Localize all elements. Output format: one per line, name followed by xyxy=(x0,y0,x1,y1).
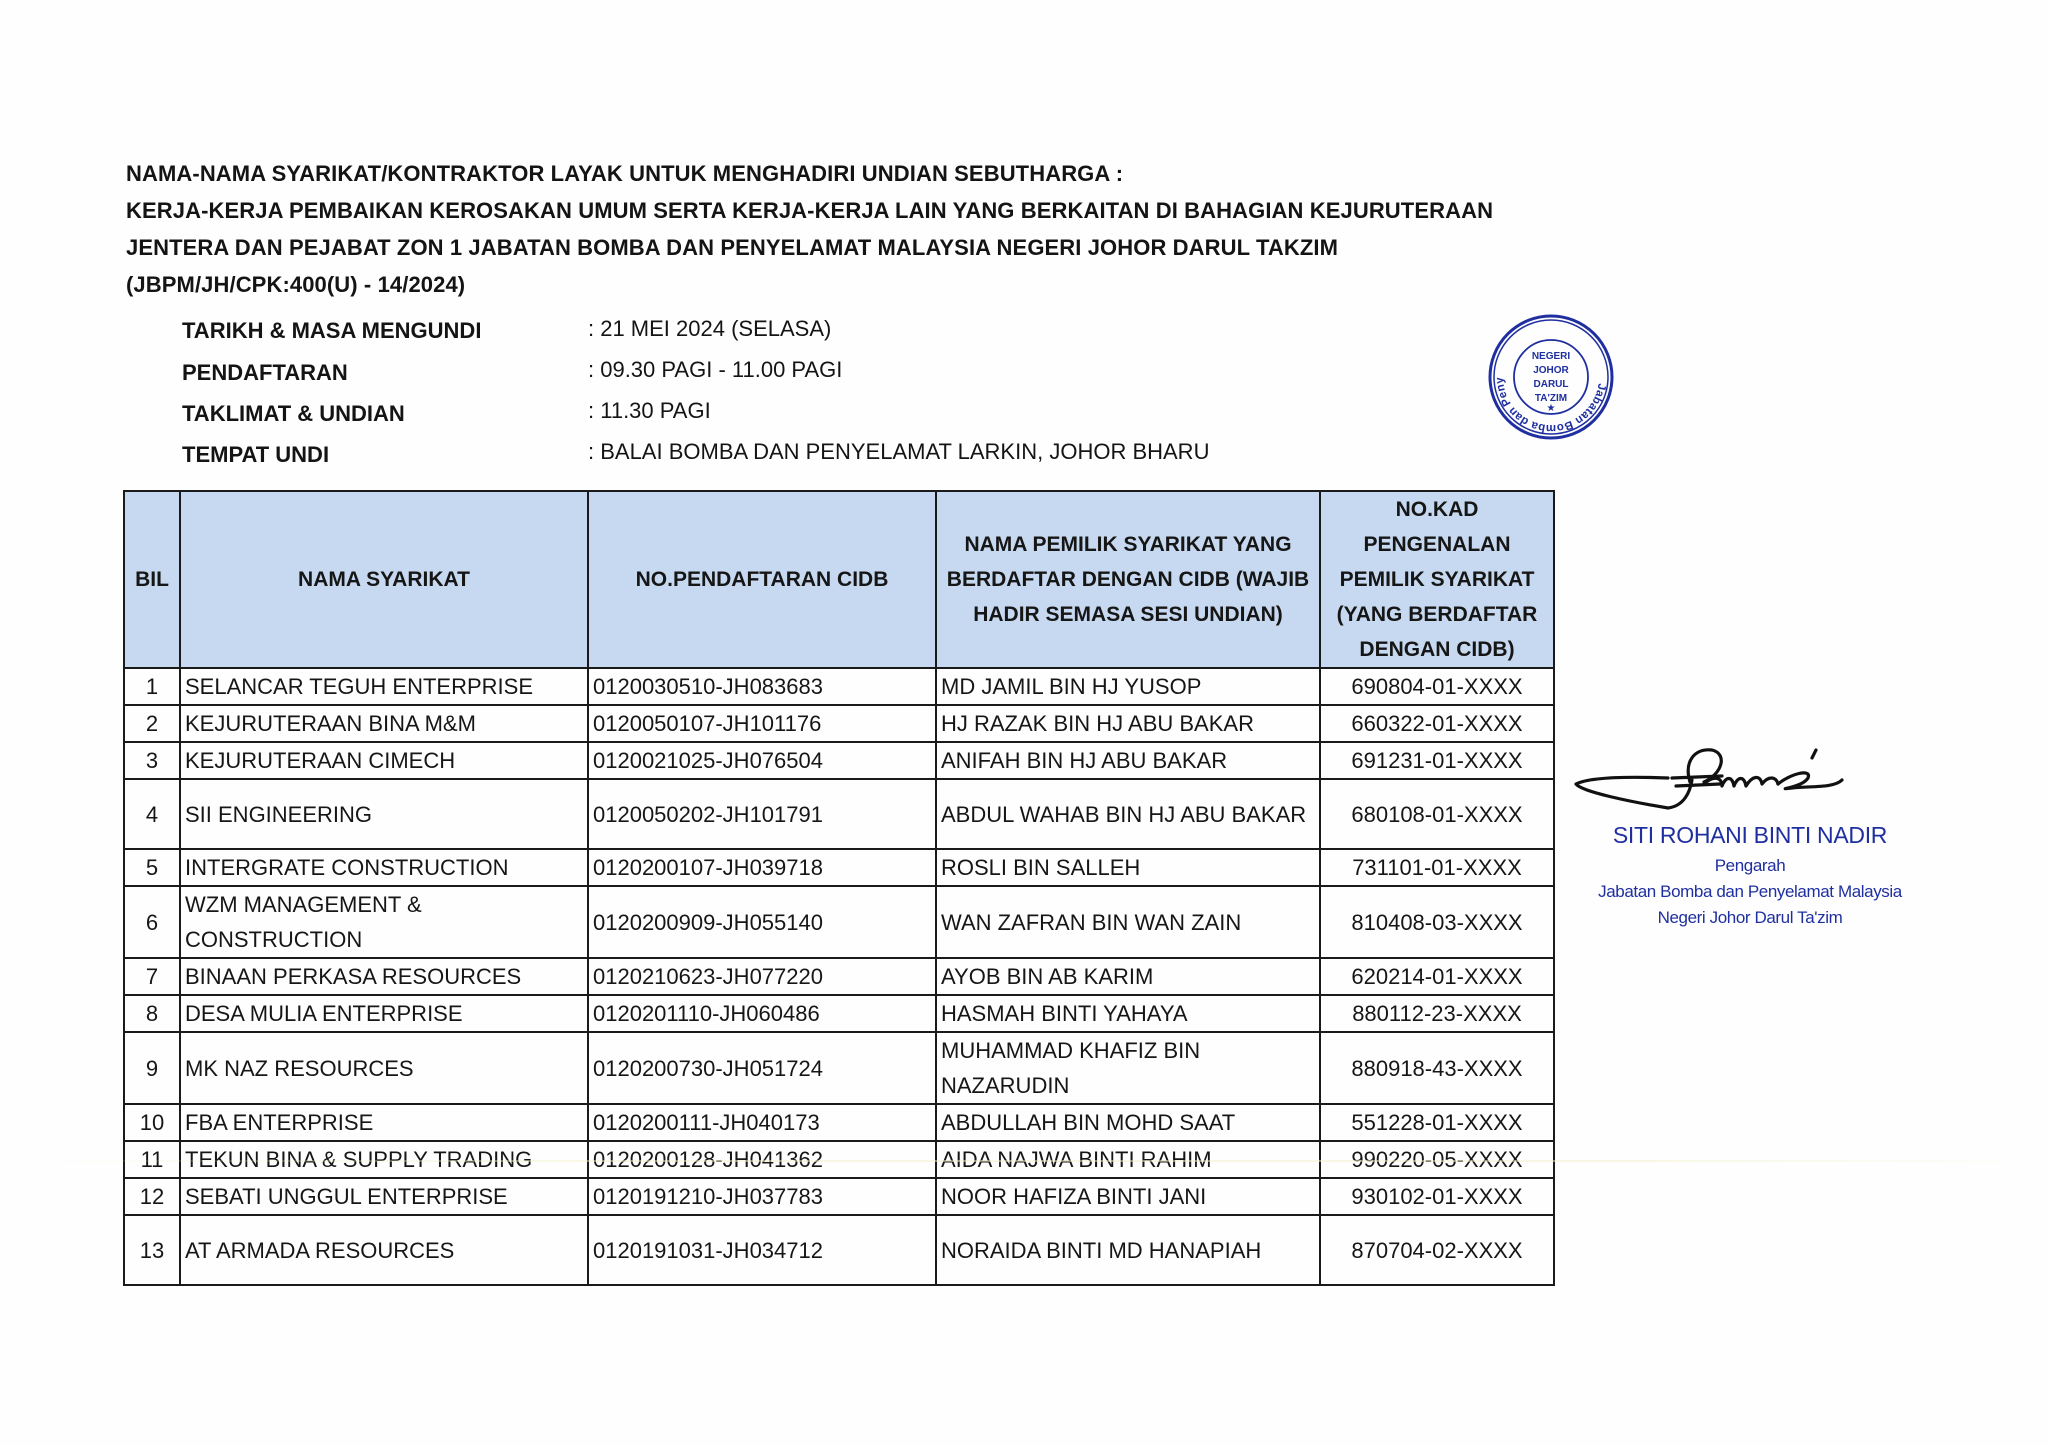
ic-number-cell: 880918-43-XXXX xyxy=(1320,1032,1554,1104)
row-number: 7 xyxy=(124,958,180,995)
row-number: 5 xyxy=(124,849,180,886)
row-number: 8 xyxy=(124,995,180,1032)
cidb-registration-cell: 0120030510-JH083683 xyxy=(588,668,936,705)
company-name-cell: SII ENGINEERING xyxy=(180,779,588,849)
cidb-registration-cell: 0120191210-JH037783 xyxy=(588,1178,936,1215)
row-number: 6 xyxy=(124,886,180,958)
document-heading: NAMA-NAMA SYARIKAT/KONTRAKTOR LAYAK UNTU… xyxy=(126,161,1123,187)
company-name-cell: KEJURUTERAAN CIMECH xyxy=(180,742,588,779)
table-row: 4SII ENGINEERING0120050202-JH101791ABDUL… xyxy=(124,779,1554,849)
owner-name-cell: NOOR HAFIZA BINTI JANI xyxy=(936,1178,1320,1215)
cidb-registration-cell: 0120191031-JH034712 xyxy=(588,1215,936,1285)
table-row: 6WZM MANAGEMENT & CONSTRUCTION0120200909… xyxy=(124,886,1554,958)
cidb-registration-cell: 0120200730-JH051724 xyxy=(588,1032,936,1104)
cidb-registration-cell: 0120050107-JH101176 xyxy=(588,705,936,742)
svg-text:DARUL: DARUL xyxy=(1534,379,1569,390)
ic-number-cell: 620214-01-XXXX xyxy=(1320,958,1554,995)
reference-number: (JBPM/JH/CPK:400(U) - 14/2024) xyxy=(126,272,465,298)
signatory-department: Jabatan Bomba dan Penyelamat Malaysia xyxy=(1520,882,1980,902)
table-row: 9MK NAZ RESOURCES0120200730-JH051724MUHA… xyxy=(124,1032,1554,1104)
info-label-venue: TEMPAT UNDI xyxy=(182,442,329,468)
info-label-registration: PENDAFTARAN xyxy=(182,360,348,386)
signature-icon xyxy=(1572,740,1872,820)
ic-number-cell: 690804-01-XXXX xyxy=(1320,668,1554,705)
project-title-line-2: JENTERA DAN PEJABAT ZON 1 JABATAN BOMBA … xyxy=(126,235,1338,261)
ic-number-cell: 810408-03-XXXX xyxy=(1320,886,1554,958)
company-name-cell: BINAAN PERKASA RESOURCES xyxy=(180,958,588,995)
info-value-registration: : 09.30 PAGI - 11.00 PAGI xyxy=(588,357,842,383)
company-name-cell: WZM MANAGEMENT & CONSTRUCTION xyxy=(180,886,588,958)
owner-name-cell: ROSLI BIN SALLEH xyxy=(936,849,1320,886)
ic-number-cell: 660322-01-XXXX xyxy=(1320,705,1554,742)
cidb-registration-cell: 0120050202-JH101791 xyxy=(588,779,936,849)
row-number: 12 xyxy=(124,1178,180,1215)
company-name-cell: FBA ENTERPRISE xyxy=(180,1104,588,1141)
signatory-name: SITI ROHANI BINTI NADIR xyxy=(1560,822,1940,849)
table-row: 8DESA MULIA ENTERPRISE0120201110-JH06048… xyxy=(124,995,1554,1032)
table-row: 10FBA ENTERPRISE0120200111-JH040173ABDUL… xyxy=(124,1104,1554,1141)
table-row: 2KEJURUTERAAN BINA M&M0120050107-JH10117… xyxy=(124,705,1554,742)
column-header-owner-name: NAMA PEMILIK SYARIKAT YANG BERDAFTAR DEN… xyxy=(936,491,1320,668)
ic-number-cell: 691231-01-XXXX xyxy=(1320,742,1554,779)
row-number: 10 xyxy=(124,1104,180,1141)
row-number: 1 xyxy=(124,668,180,705)
table-row: 13AT ARMADA RESOURCES0120191031-JH034712… xyxy=(124,1215,1554,1285)
row-number: 4 xyxy=(124,779,180,849)
owner-name-cell: MD JAMIL BIN HJ YUSOP xyxy=(936,668,1320,705)
cidb-registration-cell: 0120201110-JH060486 xyxy=(588,995,936,1032)
owner-name-cell: ABDUL WAHAB BIN HJ ABU BAKAR xyxy=(936,779,1320,849)
project-title-line-1: KERJA-KERJA PEMBAIKAN KEROSAKAN UMUM SER… xyxy=(126,198,1493,224)
cidb-registration-cell: 0120210623-JH077220 xyxy=(588,958,936,995)
svg-text:NEGERI: NEGERI xyxy=(1532,351,1571,362)
owner-name-cell: ANIFAH BIN HJ ABU BAKAR xyxy=(936,742,1320,779)
svg-text:★: ★ xyxy=(1547,403,1556,414)
table-row: 12SEBATI UNGGUL ENTERPRISE0120191210-JH0… xyxy=(124,1178,1554,1215)
official-stamp-icon: Jabatan Bomba dan Penyelamat Malaysia ★ … xyxy=(1487,313,1615,441)
row-number: 3 xyxy=(124,742,180,779)
signatory-state: Negeri Johor Darul Ta'zim xyxy=(1520,908,1980,928)
company-name-cell: SEBATI UNGGUL ENTERPRISE xyxy=(180,1178,588,1215)
info-value-briefing: : 11.30 PAGI xyxy=(588,398,711,424)
column-header-cidb-registration: NO.PENDAFTARAN CIDB xyxy=(588,491,936,668)
cidb-registration-cell: 0120200107-JH039718 xyxy=(588,849,936,886)
company-name-cell: DESA MULIA ENTERPRISE xyxy=(180,995,588,1032)
document-page: NAMA-NAMA SYARIKAT/KONTRAKTOR LAYAK UNTU… xyxy=(0,0,2048,1446)
column-header-ic-number: NO.KAD PENGENALAN PEMILIK SYARIKAT (YANG… xyxy=(1320,491,1554,668)
ic-number-cell: 680108-01-XXXX xyxy=(1320,779,1554,849)
owner-name-cell: NORAIDA BINTI MD HANAPIAH xyxy=(936,1215,1320,1285)
company-name-cell: SELANCAR TEGUH ENTERPRISE xyxy=(180,668,588,705)
info-label-briefing: TAKLIMAT & UNDIAN xyxy=(182,401,405,427)
company-name-cell: KEJURUTERAAN BINA M&M xyxy=(180,705,588,742)
company-name-cell: MK NAZ RESOURCES xyxy=(180,1032,588,1104)
ic-number-cell: 551228-01-XXXX xyxy=(1320,1104,1554,1141)
company-name-cell: INTERGRATE CONSTRUCTION xyxy=(180,849,588,886)
cidb-registration-cell: 0120200111-JH040173 xyxy=(588,1104,936,1141)
ic-number-cell: 870704-02-XXXX xyxy=(1320,1215,1554,1285)
ic-number-cell: 880112-23-XXXX xyxy=(1320,995,1554,1032)
table-header-row: BIL NAMA SYARIKAT NO.PENDAFTARAN CIDB NA… xyxy=(124,491,1554,668)
table-row: 3KEJURUTERAAN CIMECH0120021025-JH076504A… xyxy=(124,742,1554,779)
row-number: 2 xyxy=(124,705,180,742)
contractor-table: BIL NAMA SYARIKAT NO.PENDAFTARAN CIDB NA… xyxy=(123,490,1555,1286)
cidb-registration-cell: 0120021025-JH076504 xyxy=(588,742,936,779)
owner-name-cell: MUHAMMAD KHAFIZ BIN NAZARUDIN xyxy=(936,1032,1320,1104)
info-value-venue: : BALAI BOMBA DAN PENYELAMAT LARKIN, JOH… xyxy=(588,439,1209,465)
column-header-bil: BIL xyxy=(124,491,180,668)
owner-name-cell: HJ RAZAK BIN HJ ABU BAKAR xyxy=(936,705,1320,742)
owner-name-cell: HASMAH BINTI YAHAYA xyxy=(936,995,1320,1032)
row-number: 9 xyxy=(124,1032,180,1104)
owner-name-cell: ABDULLAH BIN MOHD SAAT xyxy=(936,1104,1320,1141)
ic-number-cell: 930102-01-XXXX xyxy=(1320,1178,1554,1215)
info-value-date: : 21 MEI 2024 (SELASA) xyxy=(588,316,831,342)
signatory-position: Pengarah xyxy=(1520,856,1980,876)
table-row: 7BINAAN PERKASA RESOURCES0120210623-JH07… xyxy=(124,958,1554,995)
svg-text:TA'ZIM: TA'ZIM xyxy=(1535,393,1567,404)
svg-text:JOHOR: JOHOR xyxy=(1533,365,1569,376)
company-name-cell: AT ARMADA RESOURCES xyxy=(180,1215,588,1285)
column-header-company-name: NAMA SYARIKAT xyxy=(180,491,588,668)
info-label-date: TARIKH & MASA MENGUNDI xyxy=(182,318,481,344)
row-number: 13 xyxy=(124,1215,180,1285)
table-row: 1SELANCAR TEGUH ENTERPRISE0120030510-JH0… xyxy=(124,668,1554,705)
owner-name-cell: AYOB BIN AB KARIM xyxy=(936,958,1320,995)
scan-artifact xyxy=(0,1160,2048,1162)
cidb-registration-cell: 0120200909-JH055140 xyxy=(588,886,936,958)
owner-name-cell: WAN ZAFRAN BIN WAN ZAIN xyxy=(936,886,1320,958)
table-row: 5INTERGRATE CONSTRUCTION0120200107-JH039… xyxy=(124,849,1554,886)
ic-number-cell: 731101-01-XXXX xyxy=(1320,849,1554,886)
